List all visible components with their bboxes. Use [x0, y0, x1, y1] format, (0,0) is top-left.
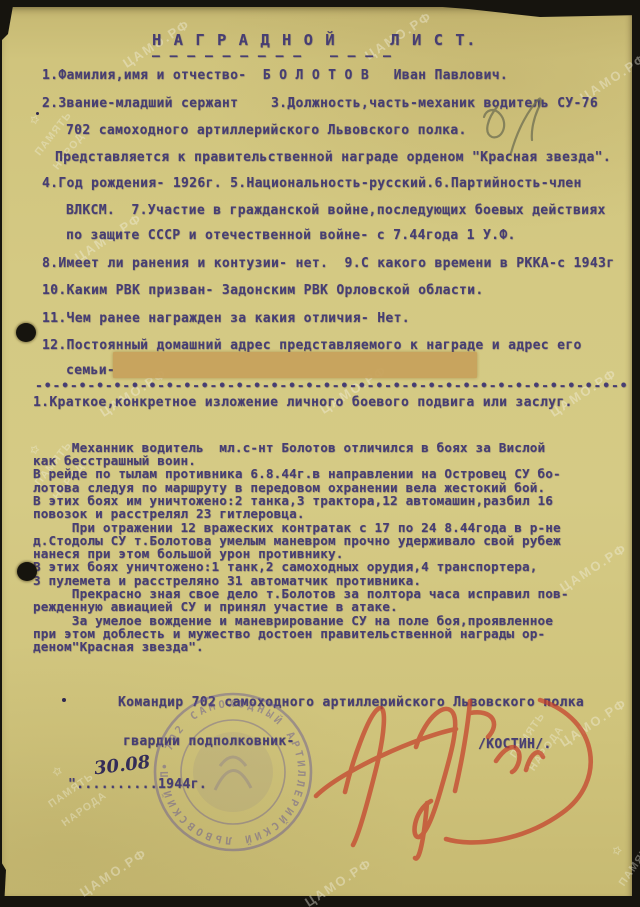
body-line: деном"Красная звезда". [33, 640, 204, 653]
commander-line: Командир 702 самоходного артиллерийского… [118, 696, 584, 710]
punch-hole [16, 323, 36, 342]
ink-speck [36, 112, 39, 115]
title-underline-short: — — — — [330, 50, 392, 64]
punch-hole [17, 562, 37, 581]
form-line-rvk: 10.Каким РВК призван- Задонским РВК Орло… [42, 284, 484, 298]
form-line-award: Представляется к правительственной награ… [55, 151, 611, 165]
date-typed: "..........1944г. [68, 778, 207, 792]
form-line-prev-awards: 11.Чем ранее награжден за какия отличия-… [42, 312, 410, 326]
body-line: В рейде по тылам противника 6.8.44г.в на… [33, 467, 561, 480]
section-title: 1.Краткое,конкретное изложение личного б… [33, 396, 573, 410]
form-line-wounds: 8.Имеет ли ранения и контузии- нет. 9.С … [42, 257, 614, 271]
scanned-award-sheet: ЦАМО.РФ ЦАМО.РФ ЦАМО.РФ ЦАМО.РФ ЦАМО.РФ … [0, 0, 640, 907]
dashed-separator: -•-•-•-•-•-•-•-•-•-•-•-•-•-•-•-•-•-•-•-•… [35, 380, 628, 394]
title-underline-long: — — — — — — — — — [152, 50, 302, 64]
redaction-bar [113, 352, 477, 378]
form-line-name: 1.Фамилия,имя и отчество- Б О Л О Т О В … [42, 69, 508, 83]
body-line: повозок и расстрелял 23 гитлеровца. [33, 507, 305, 520]
form-line-regiment: 702 самоходного артиллерийского Львовско… [66, 124, 467, 138]
body-line: режденную авиацией СУ и принял участие в… [33, 600, 398, 613]
form-line-service: по защите СССР и отечественной войне- с … [66, 229, 516, 243]
form-line-vlksm: ВЛКСМ. 7.Участие в гражданской войне,пос… [66, 204, 606, 218]
form-line-family: семьи- [66, 364, 115, 378]
body-line: В этих боях уничтожено:1 танк,2 самоходн… [33, 560, 538, 573]
form-line-address: 12.Постоянный домашний адрес представляе… [42, 339, 582, 353]
form-line-birth: 4.Год рождения- 1926г. 5.Национальность-… [42, 177, 582, 191]
ink-speck [62, 698, 66, 702]
rank-line: гвардии подполковник- [123, 735, 295, 749]
form-line-rank-duty: 2.Звание-младший сержант 3.Должность,час… [42, 97, 598, 111]
signature-typed: /КОСТИН/. [478, 738, 552, 752]
document-title: Н А Г Р А Д Н О Й Л И С Т. [152, 33, 477, 47]
